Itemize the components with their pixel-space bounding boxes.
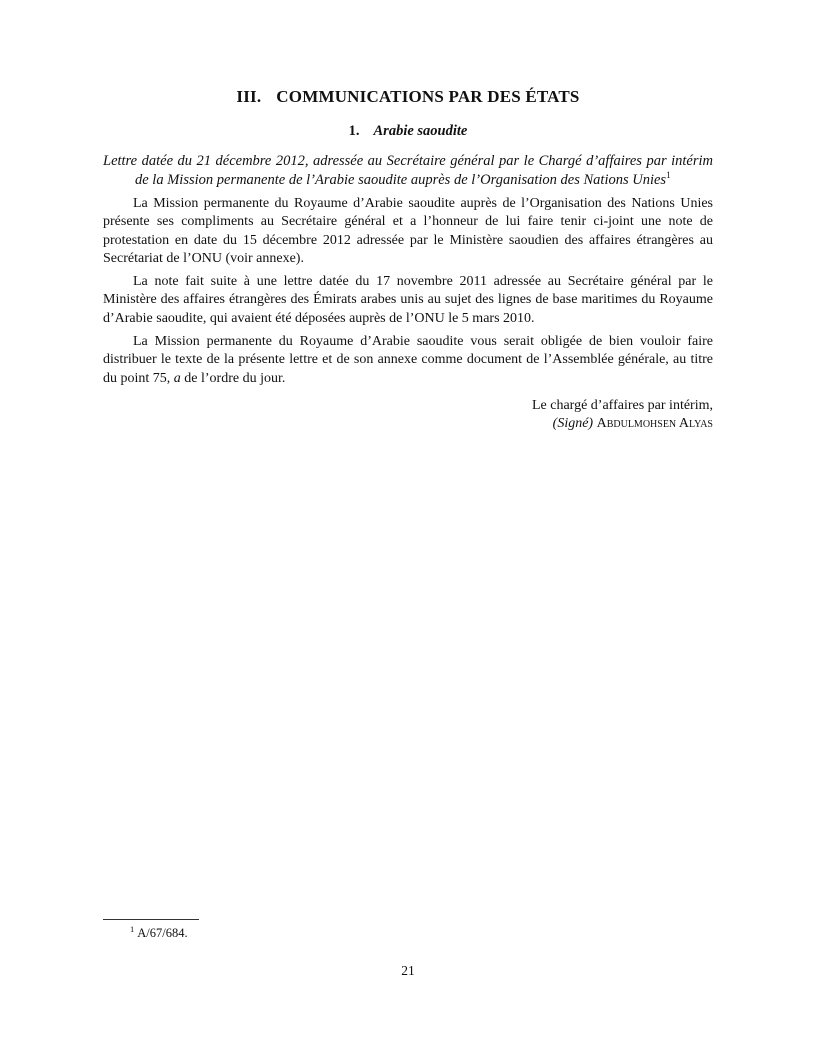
letter-heading-text: Lettre datée du 21 décembre 2012, adress…: [103, 153, 713, 188]
subsection-number: 1.: [349, 123, 360, 139]
paragraph-3-agenda-item: a: [174, 371, 181, 386]
section-heading: III.COMMUNICATIONS PAR DES ÉTATS: [103, 87, 713, 106]
letter-heading: Lettre datée du 21 décembre 2012, adress…: [103, 152, 713, 190]
signed-label: (Signé): [553, 416, 593, 431]
paragraph-3-text-end: de l’ordre du jour.: [181, 371, 286, 386]
signature-line: (Signé) Abdulmohsen Alyas: [103, 415, 713, 433]
paragraph-1: La Mission permanente du Royaume d’Arabi…: [103, 195, 713, 268]
subsection-title: Arabie saoudite: [374, 123, 468, 139]
footnote-block: 1A/67/684.: [103, 919, 713, 941]
signature-block: Le chargé d’affaires par intérim, (Signé…: [103, 397, 713, 434]
document-content: III.COMMUNICATIONS PAR DES ÉTATS 1.Arabi…: [103, 0, 713, 434]
paragraph-2: La note fait suite à une lettre datée du…: [103, 273, 713, 328]
subsection-heading: 1.Arabie saoudite: [103, 123, 713, 139]
footnote-reference: 1: [666, 170, 671, 180]
footnote-marker: 1: [130, 924, 134, 934]
signature-role: Le chargé d’affaires par intérim,: [103, 397, 713, 415]
footnote-text: A/67/684.: [137, 926, 187, 940]
footnote-separator-rule: [103, 919, 199, 920]
section-number: III.: [236, 87, 261, 106]
document-page: III.COMMUNICATIONS PAR DES ÉTATS 1.Arabi…: [0, 0, 816, 1056]
page-number: 21: [0, 963, 816, 979]
paragraph-3: La Mission permanente du Royaume d’Arabi…: [103, 333, 713, 388]
signatory-name: Abdulmohsen Alyas: [597, 416, 713, 431]
section-title: COMMUNICATIONS PAR DES ÉTATS: [276, 87, 579, 106]
footnote: 1A/67/684.: [103, 926, 713, 941]
